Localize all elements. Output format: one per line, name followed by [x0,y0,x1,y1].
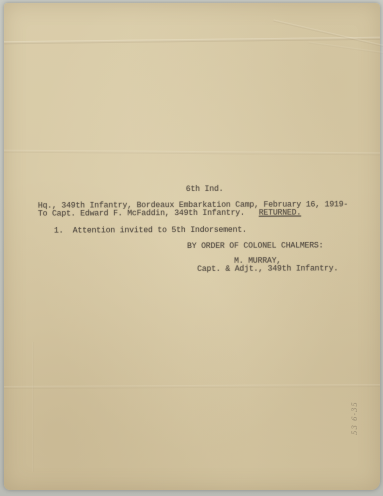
signature-title: Capt. & Adjt., 349th Infantry. [197,265,338,274]
by-order-line: BY ORDER OF COLONEL CHALMERS: [187,242,323,251]
addressee-text: To Capt. Edward F. McFaddin, 349th Infan… [38,209,245,219]
fold-crease-lower [4,384,380,389]
pencil-margin-note: 53 6-35 [352,383,366,435]
header-line-addressee: To Capt. Edward F. McFaddin, 349th Infan… [38,210,301,219]
wrinkle-top-right [273,20,383,49]
scanned-document-page: { "colors": { "paper": "#d7c9a5", "ink":… [0,0,383,496]
returned-stamp-text: RETURNED. [259,209,301,218]
paragraph-1: 1. Attention invited to 5th Indorsement. [54,227,247,236]
wrinkle-top-right-2 [308,41,383,54]
wrinkle-bottom-left [32,342,34,472]
fold-crease-top [4,37,380,45]
typewritten-block: 6th Ind. Hq., 349th Infantry, Bordeaux E… [4,2,380,4]
paper-sheet: 6th Ind. Hq., 349th Infantry, Bordeaux E… [4,3,380,490]
fold-crease-middle [4,150,380,156]
indorsement-heading: 6th Ind. [186,186,224,194]
